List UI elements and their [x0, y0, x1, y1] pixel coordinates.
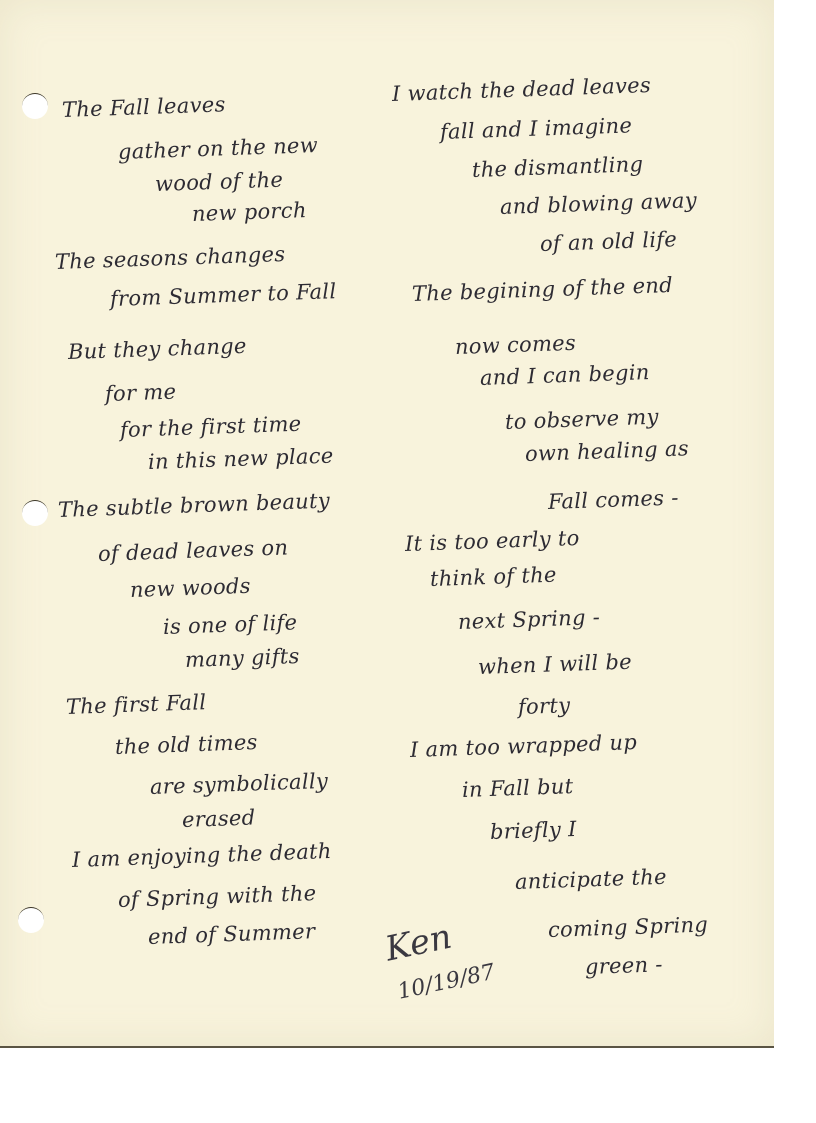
poem-line: and blowing away	[500, 188, 698, 219]
poem-line: It is too early to	[405, 526, 580, 556]
poem-line: in Fall but	[462, 774, 574, 802]
poem-line: gather on the new	[118, 133, 319, 164]
binder-hole-middle	[22, 500, 48, 526]
poem-line: erased	[182, 805, 256, 832]
poem-line: I watch the dead leaves	[392, 73, 652, 106]
binder-hole-bottom	[18, 907, 44, 933]
poem-line: think of the	[430, 563, 557, 591]
poem-line: next Spring -	[458, 605, 601, 634]
poem-line: of an old life	[540, 227, 678, 256]
poem-line: many gifts	[185, 644, 300, 672]
poem-line: The first Fall	[66, 690, 207, 719]
poem-line: for the first time	[120, 412, 302, 442]
poem-line: fall and I imagine	[440, 113, 633, 144]
poem-line: The begining of the end	[412, 273, 674, 306]
poem-line: briefly I	[490, 817, 577, 844]
poem-line: the dismantling	[472, 152, 644, 182]
poem-line: the old times	[115, 730, 258, 759]
poem-line: anticipate the	[515, 865, 668, 894]
poem-line: The seasons changes	[55, 242, 286, 274]
binder-hole-top	[22, 93, 48, 119]
poem-line: end of Summer	[148, 919, 316, 949]
poem-line: green -	[585, 952, 664, 979]
poem-line: coming Spring	[548, 912, 709, 942]
poem-line: I am too wrapped up	[410, 730, 638, 762]
poem-line: The subtle brown beauty	[58, 489, 331, 522]
poem-line: of dead leaves on	[98, 535, 289, 566]
poem-line: to observe my	[505, 405, 659, 434]
poem-line: new porch	[192, 198, 307, 226]
poem-line: wood of the	[155, 168, 284, 196]
poem-line: Fall comes -	[548, 485, 679, 514]
poem-line: now comes	[455, 331, 577, 359]
poem-line: But they change	[68, 334, 247, 364]
poem-line: is one of life	[163, 610, 298, 639]
poem-line: forty	[518, 693, 571, 719]
poem-line: The Fall leaves	[62, 92, 226, 122]
poem-line: I am enjoying the death	[72, 839, 332, 872]
notebook-page: The Fall leaves gather on the new wood o…	[0, 0, 774, 1048]
poem-line: for me	[105, 380, 177, 406]
poem-line: in this new place	[148, 444, 334, 474]
poem-line: when I will be	[478, 650, 633, 679]
poem-line: from Summer to Fall	[110, 279, 337, 311]
poem-line: of Spring with the	[118, 881, 317, 912]
poem-line: own healing as	[525, 436, 690, 466]
signature-date: 10/19/87	[395, 960, 497, 1005]
poem-line: new woods	[130, 574, 252, 602]
poem-line: and I can begin	[480, 360, 650, 390]
poem-line: are symbolically	[150, 769, 329, 799]
signature-initials: Ken	[382, 917, 455, 970]
